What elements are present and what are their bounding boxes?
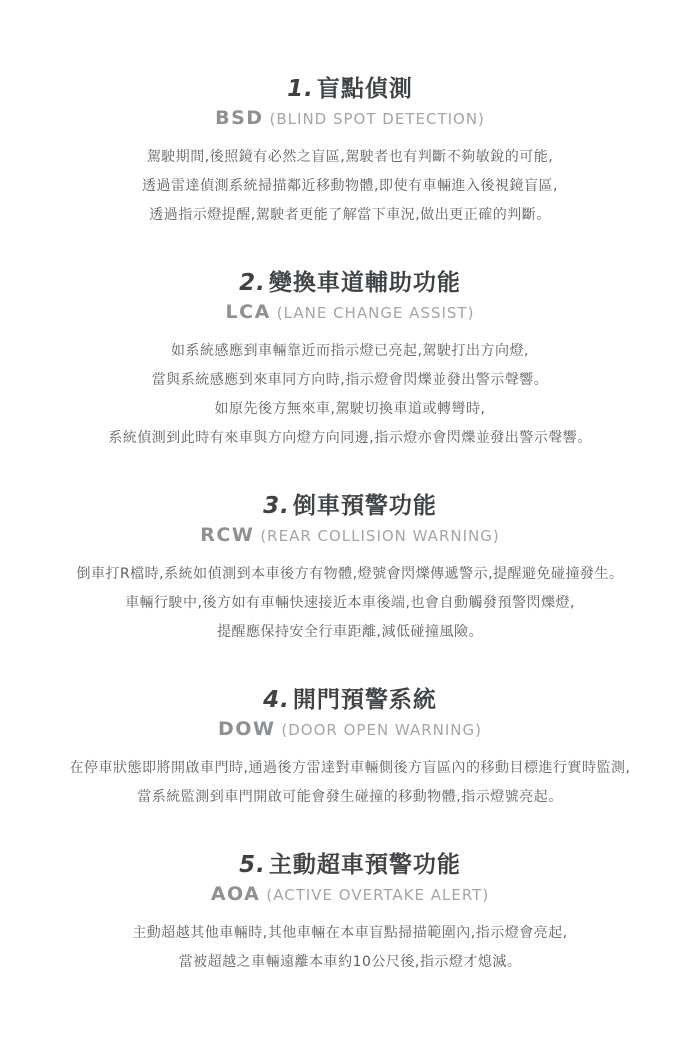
section-body: 倒車打R檔時,系統如偵測到本車後方有物體,燈號會閃爍傳遞警示,提醒避免碰撞發生。… [0, 560, 700, 647]
feature-acronym: RCW [200, 524, 254, 546]
section-title: 3.倒車預警功能 [0, 493, 700, 519]
body-line: 當系統監測到車門開啟可能會發生碰撞的移動物體,指示燈號亮起。 [0, 783, 700, 812]
feature-fullname: (ACTIVE OVERTAKE ALERT) [266, 886, 489, 904]
section-subtitle: BSD(BLIND SPOT DETECTION) [0, 108, 700, 129]
section-title: 1.盲點偵測 [0, 76, 700, 102]
section-number: 2. [239, 270, 266, 296]
body-line: 當被超越之車輛遠離本車約10公尺後,指示燈才熄滅。 [0, 948, 700, 977]
feature-acronym: DOW [218, 718, 275, 740]
body-line: 如系統感應到車輛靠近而指示燈已亮起,駕駛打出方向燈, [0, 337, 700, 366]
feature-fullname: (REAR COLLISION WARNING) [260, 527, 499, 545]
safety-features-page: 1.盲點偵測 BSD(BLIND SPOT DETECTION) 駕駛期間,後照… [0, 0, 700, 1058]
section-dow: 4.開門預警系統 DOW(DOOR OPEN WARNING) 在停車狀態即將開… [0, 687, 700, 812]
section-body: 如系統感應到車輛靠近而指示燈已亮起,駕駛打出方向燈, 當與系統感應到來車同方向時… [0, 337, 700, 453]
section-bsd: 1.盲點偵測 BSD(BLIND SPOT DETECTION) 駕駛期間,後照… [0, 76, 700, 230]
feature-acronym: BSD [215, 107, 263, 129]
section-subtitle: AOA(ACTIVE OVERTAKE ALERT) [0, 884, 700, 905]
section-rcw: 3.倒車預警功能 RCW(REAR COLLISION WARNING) 倒車打… [0, 493, 700, 647]
body-line: 提醒應保持安全行車距離,減低碰撞風險。 [0, 618, 700, 647]
body-line: 倒車打R檔時,系統如偵測到本車後方有物體,燈號會閃爍傳遞警示,提醒避免碰撞發生。 [0, 560, 700, 589]
section-aoa: 5.主動超車預警功能 AOA(ACTIVE OVERTAKE ALERT) 主動… [0, 852, 700, 977]
section-body: 主動超越其他車輛時,其他車輛在本車盲點掃描範圍內,指示燈會亮起, 當被超越之車輛… [0, 919, 700, 977]
section-title-text: 主動超車預警功能 [269, 852, 461, 878]
section-number: 5. [239, 852, 266, 878]
section-subtitle: LCA(LANE CHANGE ASSIST) [0, 302, 700, 323]
section-number: 1. [287, 76, 314, 102]
feature-fullname: (DOOR OPEN WARNING) [281, 721, 482, 739]
body-line: 駕駛期間,後照鏡有必然之盲區,駕駛者也有判斷不夠敏銳的可能, [0, 143, 700, 172]
body-line: 當與系統感應到來車同方向時,指示燈會閃爍並發出警示聲響。 [0, 366, 700, 395]
body-line: 車輛行駛中,後方如有車輛快速接近本車後端,也會自動觸發預警閃爍燈, [0, 589, 700, 618]
section-body: 駕駛期間,後照鏡有必然之盲區,駕駛者也有判斷不夠敏銳的可能, 透過雷達偵測系統掃… [0, 143, 700, 230]
section-title: 4.開門預警系統 [0, 687, 700, 713]
section-lca: 2.變換車道輔助功能 LCA(LANE CHANGE ASSIST) 如系統感應… [0, 270, 700, 453]
section-title: 2.變換車道輔助功能 [0, 270, 700, 296]
body-line: 主動超越其他車輛時,其他車輛在本車盲點掃描範圍內,指示燈會亮起, [0, 919, 700, 948]
section-title: 5.主動超車預警功能 [0, 852, 700, 878]
section-subtitle: RCW(REAR COLLISION WARNING) [0, 525, 700, 546]
body-line: 透過雷達偵測系統掃描鄰近移動物體,即使有車輛進入後視鏡盲區, [0, 172, 700, 201]
body-line: 如原先後方無來車,駕駛切換車道或轉彎時, [0, 395, 700, 424]
feature-fullname: (LANE CHANGE ASSIST) [277, 304, 475, 322]
body-line: 系統偵測到此時有來車與方向燈方向同邊,指示燈亦會閃爍並發出警示聲響。 [0, 424, 700, 453]
body-line: 在停車狀態即將開啟車門時,通過後方雷達對車輛側後方盲區內的移動目標進行實時監測, [0, 754, 700, 783]
section-title-text: 開門預警系統 [293, 687, 437, 713]
section-title-text: 變換車道輔助功能 [269, 270, 461, 296]
section-title-text: 倒車預警功能 [293, 493, 437, 519]
feature-acronym: LCA [226, 301, 271, 323]
feature-fullname: (BLIND SPOT DETECTION) [270, 110, 485, 128]
section-number: 3. [263, 493, 290, 519]
body-line: 透過指示燈提醒,駕駛者更能了解當下車況,做出更正確的判斷。 [0, 201, 700, 230]
feature-acronym: AOA [211, 883, 261, 905]
section-number: 4. [263, 687, 290, 713]
section-subtitle: DOW(DOOR OPEN WARNING) [0, 719, 700, 740]
section-title-text: 盲點偵測 [317, 76, 413, 102]
section-body: 在停車狀態即將開啟車門時,通過後方雷達對車輛側後方盲區內的移動目標進行實時監測,… [0, 754, 700, 812]
